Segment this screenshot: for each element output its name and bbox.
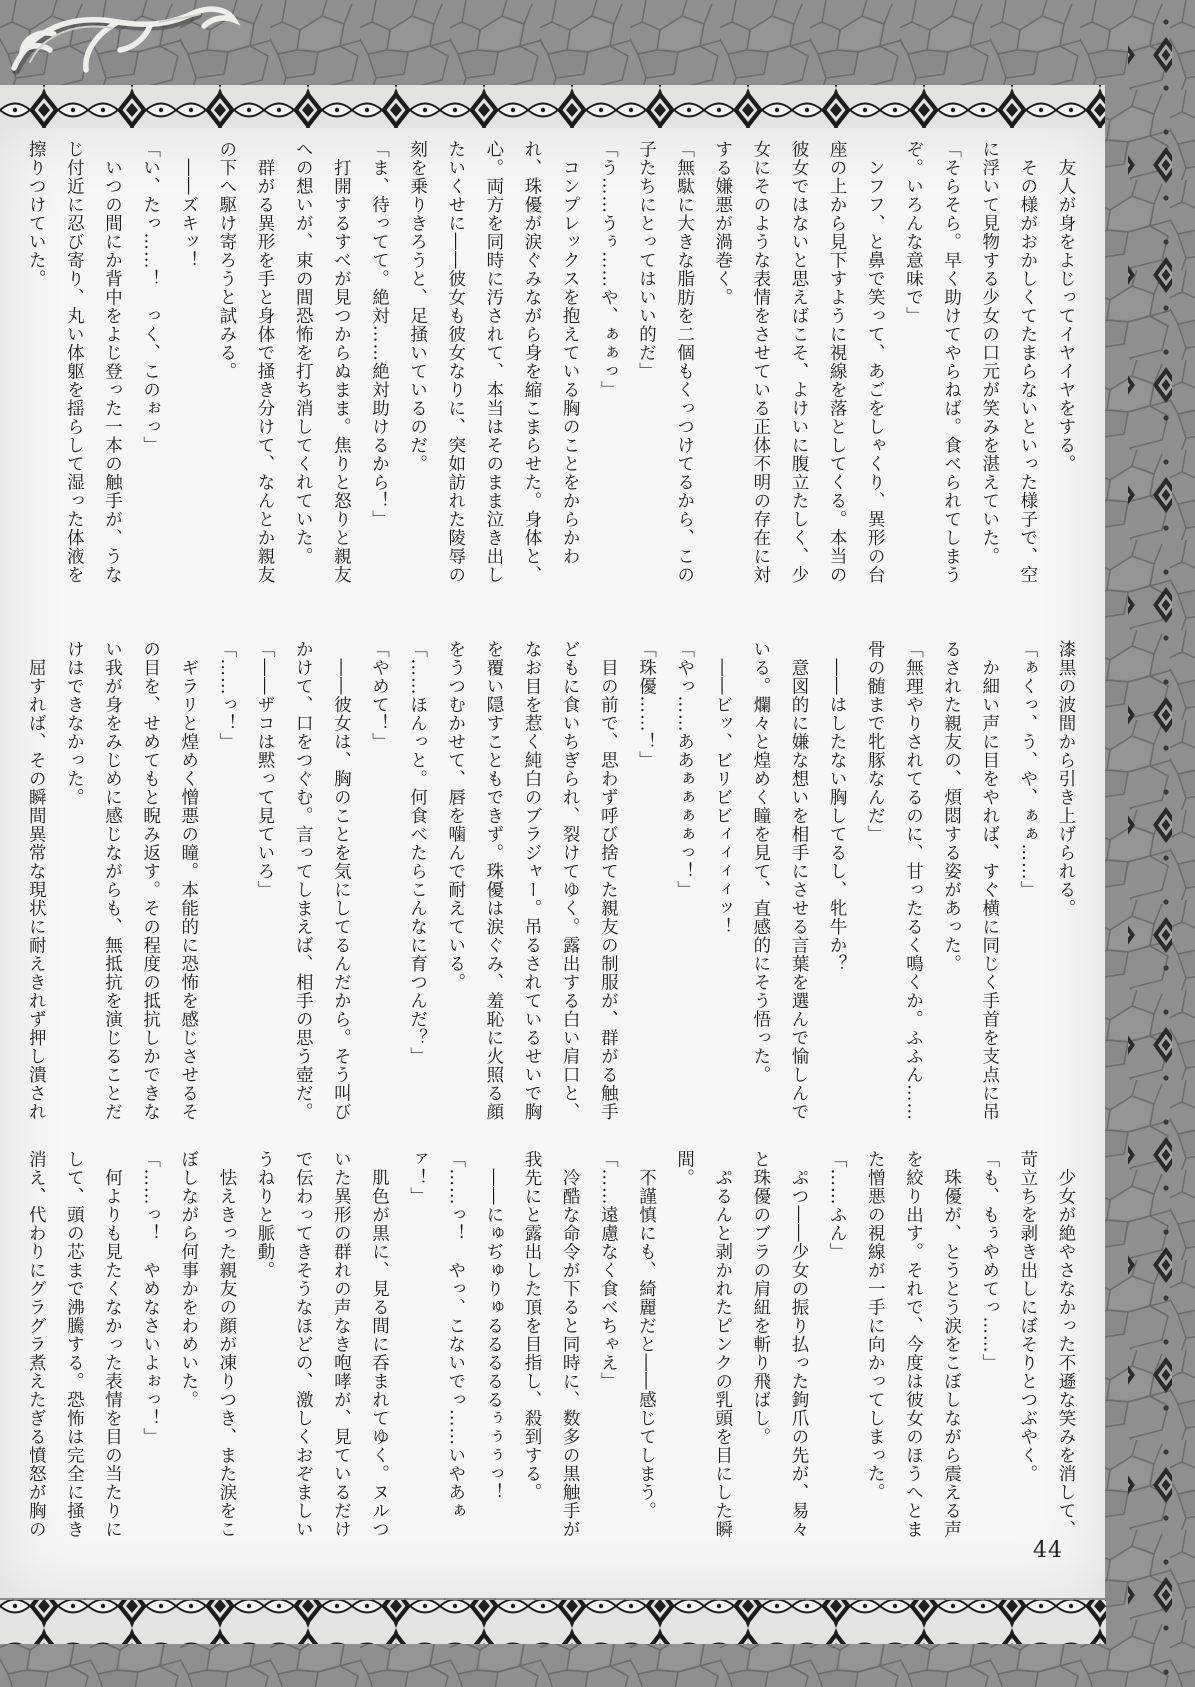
paragraph: 打開するすべが見つからぬまま。焦りと怒りと親友への想いが、束の間恐怖を打ち消して… (284, 140, 360, 592)
paragraph: 「……遠慮なく食べちゃえ」 (589, 1150, 627, 1540)
paragraph: 珠優が、とうとう涙をこぼしながら震える声を絞り出す。それで、今度は彼女のほうへと… (856, 1150, 970, 1540)
paragraph: 「そらそら。早く助けてやらねば。食べられてしまうぞ。いろんな意味で」 (894, 140, 970, 592)
paragraph: ぷつ――少女の振り払った鉤爪の先が、易々と珠優のブラの肩紐を斬り飛ばし。 (742, 1150, 818, 1540)
paragraph: 屈すれば、その瞬間異常な現状に耐えきれず押し潰されてしまう気がしたから――。 (30, 640, 55, 1132)
paragraph: 「珠優……！」 (627, 640, 665, 1132)
paragraph: 目の前で、思わず呼び捨てた親友の制服が、群がる触手どもに食いちぎられ、裂けてゆく… (437, 640, 628, 1132)
paragraph: 「無駄に大きな脂肪を二個もくっつけてるから、この子たちにとってはいい的だ」 (627, 140, 703, 592)
paragraph: 「無理やりされてるのに、甘ったるく鳴くか。ふふん……骨の髄まで牝豚なんだ」 (856, 640, 932, 1132)
paragraph: 群がる異形を手と身体で掻き分けて、なんとか親友の下へ駆け寄ろうと試みる。 (208, 140, 284, 592)
paragraph: 「う……うぅ……や、ぁぁっ」 (589, 140, 627, 592)
top-ornament-band (0, 85, 1105, 129)
paragraph: 「やめて！」 (360, 640, 398, 1132)
paragraph: ――にゅぢゅりゅるるるるるぅぅぅっ！ (475, 1150, 513, 1540)
paragraph: 「ぁくっ、う、や、ぁぁ……」 (1009, 640, 1047, 1132)
text-band-1: 友人が身をよじってイヤイヤをする。 その様がおかしくてたまらないといった様子で、… (30, 140, 1085, 592)
right-ornament-column (1128, 0, 1172, 1687)
paragraph: 「……っ！ やめなさいよぉっ！」 (131, 1150, 169, 1540)
paragraph: 友人が身をよじってイヤイヤをする。 (1047, 140, 1085, 592)
paragraph: ――彼女は、胸のことを気にしてるんだから。そう叫びかけて、口をつぐむ。言ってしま… (284, 640, 360, 1132)
paragraph: 肌色が黒に、見る間に呑まれてゆく。ヌルついた異形の群れの声なき咆哮が、見ているだ… (246, 1150, 399, 1540)
paragraph: か細い声に目をやれば、すぐ横に同じく手首を支点に吊るされた親友の、煩悶する姿があ… (932, 640, 1008, 1132)
paragraph: 「ま、待ってて。絶対……絶対助けるから！」 (360, 140, 398, 592)
page-number: 44 (1033, 1538, 1063, 1563)
paragraph: 「も、もぅやめてっ……」 (971, 1150, 1009, 1540)
paragraph: 漆黒の波間から引き上げられる。 (1047, 640, 1085, 1132)
paragraph: 「……っ！」 (208, 640, 246, 1132)
paragraph: ――はしたない胸してるし、牝牛か？ (818, 640, 856, 1132)
text-band-3: 少女が絶やさなかった不遜な笑みを消して、苛立ちを剥き出しにぼそりとつぶやく。「も… (30, 1150, 1085, 1540)
bottom-ornament-band (0, 1600, 1195, 1644)
paragraph: 何よりも見たくなかった表情を目の当たりにして、頭の芯まで沸騰する。恐怖は完全に掻… (30, 1150, 131, 1540)
paragraph: 「……ほんっと。何食べたらこんなに育つんだ？」 (398, 640, 436, 1132)
paragraph: その様がおかしくてたまらないといった様子で、空に浮いて見物する少女の口元が笑みを… (971, 140, 1047, 592)
paragraph: ギラリと煌めく憎悪の瞳。本能的に恐怖を感じさせるその目を、せめてもと睨み返す。そ… (55, 640, 208, 1132)
paragraph: コンプレックスを抱えている胸のことをからかわれ、珠優が涙ぐみながら身を縮こまらせ… (398, 140, 589, 592)
book-page-screenshot: { "page": { "number": "44", "bands": [ {… (0, 0, 1195, 1687)
paragraph: ぷるんと剥かれたピンクの乳頭を目にした瞬間。 (665, 1150, 741, 1540)
paragraph: 意図的に嫌な想いを相手にさせる言葉を選んで愉しんでいる。爛々と煌めく瞳を見て、直… (742, 640, 818, 1132)
paragraph: ――ビッ、ビリビビィィィィッ！ (704, 640, 742, 1132)
paragraph: 冷酷な命令が下ると同時に、数多の黒触手が我先にと露出した頂を目指し、殺到する。 (513, 1150, 589, 1540)
paragraph: 「やっ……ああぁぁぁぁっ！」 (665, 640, 703, 1132)
paragraph: 「……ふん」 (818, 1150, 856, 1540)
paragraph: 少女が絶やさなかった不遜な笑みを消して、苛立ちを剥き出しにぼそりとつぶやく。 (1009, 1150, 1085, 1540)
paragraph: ――ズキッ！ (170, 140, 208, 592)
text-band-2: 漆黒の波間から引き上げられる。「ぁくっ、う、や、ぁぁ……」 か細い声に目をやれば… (30, 640, 1085, 1132)
paragraph: 「――ザコは黙って見ていろ」 (246, 640, 284, 1132)
paragraph: 「……っ！ やっ、こないでっ……いやあぁァ！」 (398, 1150, 474, 1540)
paragraph: 「い、たっ……！ っく、このぉっ」 (131, 140, 169, 592)
page-paper: 友人が身をよじってイヤイヤをする。 その様がおかしくてたまらないといった様子で、… (0, 128, 1105, 1598)
paragraph: ンフフ、と鼻で笑って、あごをしゃくり、異形の台座の上から見下すように視線を落とし… (704, 140, 895, 592)
paragraph: 不謹慎にも、綺麗だと――感じてしまう。 (627, 1150, 665, 1540)
paragraph: 怯えきった親友の顔が凍りつき、また涙をこぼしながら何事かをわめいた。 (170, 1150, 246, 1540)
paragraph: いつの間にか背中をよじ登った一本の触手が、うなじ付近に忍び寄り、丸い体躯を揺らし… (30, 140, 131, 592)
